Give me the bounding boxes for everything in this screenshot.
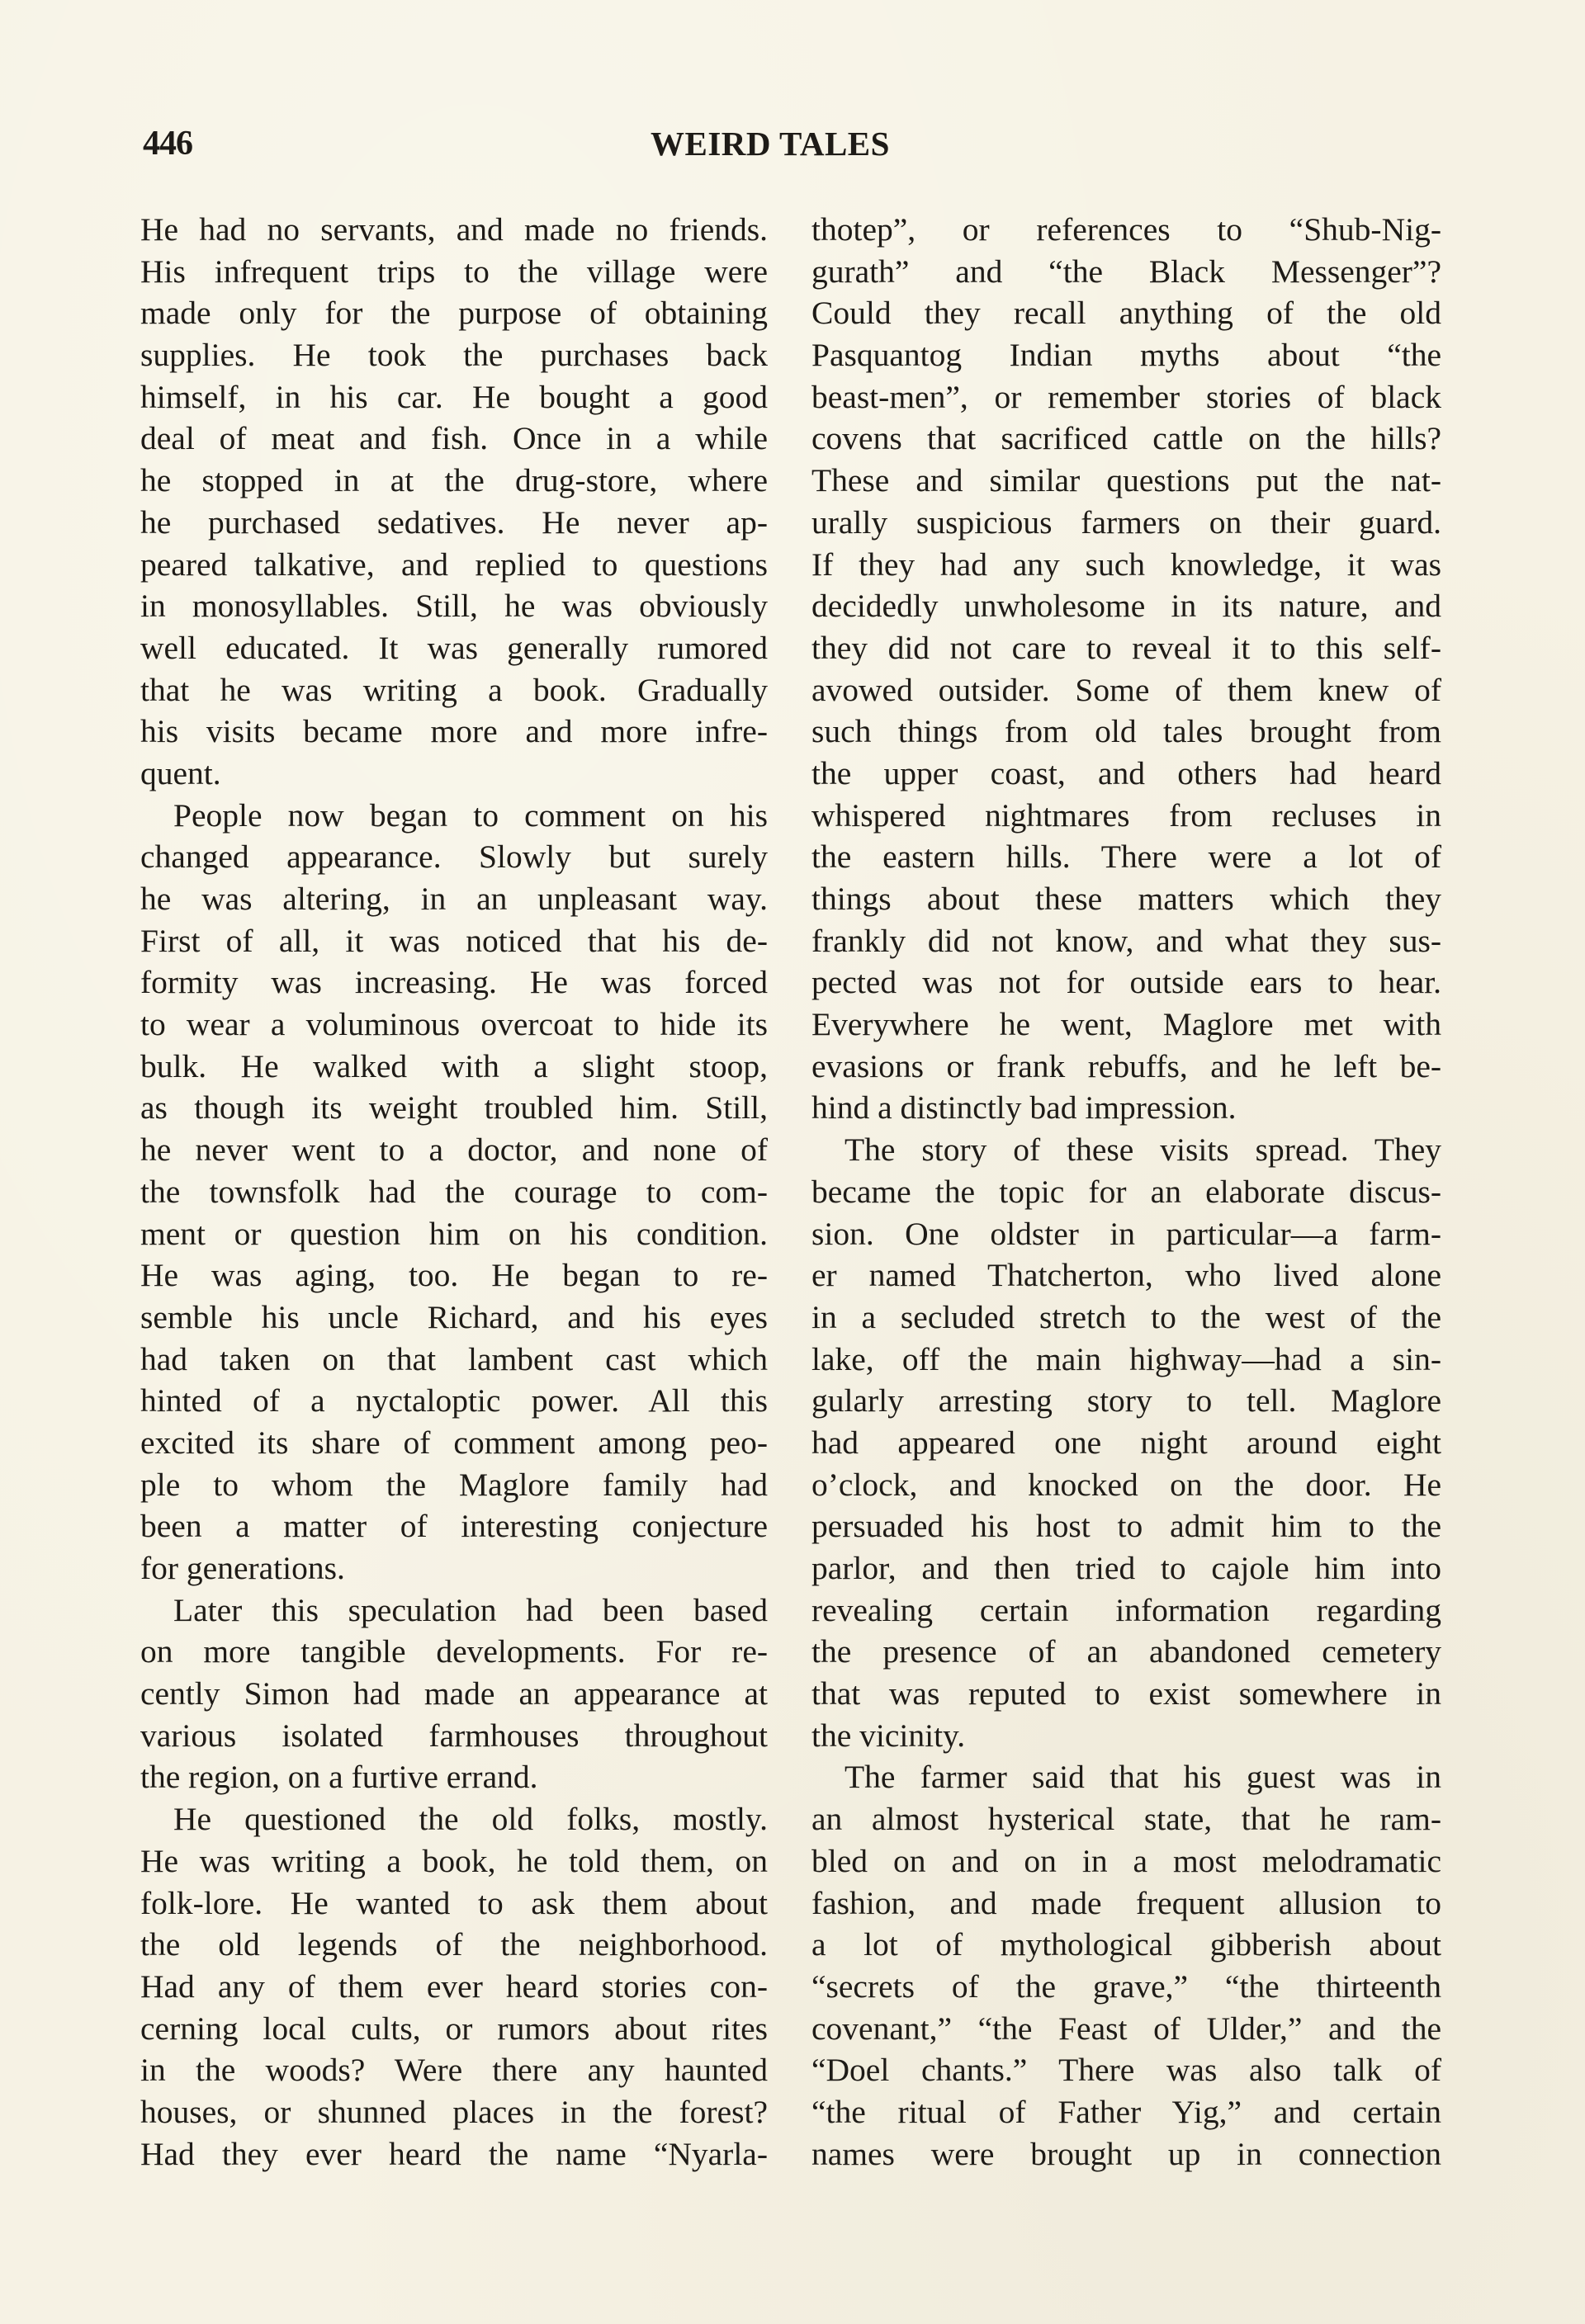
text-line: bulk. He walked with a slight stoop, <box>140 1046 768 1088</box>
text-line: beast-men”, or remember stories of black <box>811 376 1441 418</box>
text-line: He was aging, too. He began to re- <box>140 1254 768 1297</box>
text-line: If they had any such knowledge, it was <box>811 544 1441 586</box>
text-line: Later this speculation had been based <box>140 1589 768 1632</box>
text-line: lake, off the main highway—had a sin- <box>811 1339 1441 1381</box>
text-line: bled on and on in a most melodramatic <box>811 1840 1441 1882</box>
text-line: made only for the purpose of obtaining <box>140 292 768 334</box>
text-line: in a secluded stretch to the west of the <box>811 1297 1441 1339</box>
text-line: the vicinity. <box>811 1715 1441 1757</box>
text-line: cerning local cults, or rumors about rit… <box>140 2008 768 2050</box>
text-line: he stopped in at the drug-store, where <box>140 460 768 502</box>
text-line: had appeared one night around eight <box>811 1422 1441 1464</box>
text-line: peared talkative, and replied to questio… <box>140 544 768 586</box>
text-line: First of all, it was noticed that his de… <box>140 920 768 962</box>
text-line: People now began to comment on his <box>140 795 768 837</box>
text-line: names were brought up in connection <box>811 2133 1441 2175</box>
text-column-right: thotep”, or references to “Shub-Nig-gura… <box>811 209 1441 2175</box>
text-line: the townsfolk had the courage to com- <box>140 1171 768 1213</box>
text-line: ment or question him on his condition. <box>140 1213 768 1255</box>
text-line: that was reputed to exist somewhere in <box>811 1673 1441 1715</box>
text-column-left: He had no servants, and made no friends.… <box>140 209 768 2175</box>
text-line: His infrequent trips to the village were <box>140 251 768 293</box>
running-title: WEIRD TALES <box>651 124 890 163</box>
text-line: decidedly unwholesome in its nature, and <box>811 585 1441 627</box>
text-line: He had no servants, and made no friends. <box>140 209 768 251</box>
text-line: semble his uncle Richard, and his eyes <box>140 1297 768 1339</box>
text-line: sion. One oldster in particular—a farm- <box>811 1213 1441 1255</box>
text-line: hinted of a nyctaloptic power. All this <box>140 1380 768 1422</box>
text-line: pected was not for outside ears to hear. <box>811 961 1441 1004</box>
page-number: 446 <box>143 124 192 163</box>
text-line: the region, on a furtive errand. <box>140 1756 768 1798</box>
text-line: he purchased sedatives. He never ap- <box>140 502 768 544</box>
text-line: himself, in his car. He bought a good <box>140 376 768 418</box>
text-line: covens that sacrificed cattle on the hil… <box>811 418 1441 460</box>
text-line: that he was writing a book. Gradually <box>140 669 768 711</box>
text-line: thotep”, or references to “Shub-Nig- <box>811 209 1441 251</box>
text-line: whispered nightmares from recluses in <box>811 795 1441 837</box>
text-line: cently Simon had made an appearance at <box>140 1673 768 1715</box>
text-line: Pasquantog Indian myths about “the <box>811 334 1441 376</box>
text-line: The farmer said that his guest was in <box>811 1756 1441 1798</box>
text-line: The story of these visits spread. They <box>811 1129 1441 1171</box>
text-line: formity was increasing. He was forced <box>140 961 768 1004</box>
text-line: changed appearance. Slowly but surely <box>140 836 768 878</box>
text-line: “secrets of the grave,” “the thirteenth <box>811 1966 1441 2008</box>
text-line: gurath” and “the Black Messenger”? <box>811 251 1441 293</box>
text-line: he never went to a doctor, and none of <box>140 1129 768 1171</box>
text-line: He was writing a book, he told them, on <box>140 1840 768 1882</box>
text-line: things about these matters which they <box>811 878 1441 920</box>
text-line: covenant,” “the Feast of Ulder,” and the <box>811 2008 1441 2050</box>
text-line: frankly did not know, and what they sus- <box>811 920 1441 962</box>
text-line: the old legends of the neighborhood. <box>140 1924 768 1966</box>
text-line: excited its share of comment among peo- <box>140 1422 768 1464</box>
text-line: “Doel chants.” There was also talk of <box>811 2049 1441 2091</box>
text-line: hind a distinctly bad impression. <box>811 1087 1441 1129</box>
text-line: such things from old tales brought from <box>811 711 1441 753</box>
text-line: an almost hysterical state, that he ram- <box>811 1798 1441 1840</box>
text-line: fashion, and made frequent allusion to <box>811 1882 1441 1925</box>
text-line: they did not care to reveal it to this s… <box>811 627 1441 669</box>
text-line: Had any of them ever heard stories con- <box>140 1966 768 2008</box>
text-line: had taken on that lambent cast which <box>140 1339 768 1381</box>
text-line: became the topic for an elaborate discus… <box>811 1171 1441 1213</box>
text-line: er named Thatcherton, who lived alone <box>811 1254 1441 1297</box>
text-line: in the woods? Were there any haunted <box>140 2049 768 2091</box>
text-line: Could they recall anything of the old <box>811 292 1441 334</box>
text-line: He questioned the old folks, mostly. <box>140 1798 768 1840</box>
text-line: for generations. <box>140 1547 768 1589</box>
text-line: the presence of an abandoned cemetery <box>811 1631 1441 1673</box>
text-line: Everywhere he went, Maglore met with <box>811 1004 1441 1046</box>
text-line: ple to whom the Maglore family had <box>140 1464 768 1506</box>
text-line: been a matter of interesting conjecture <box>140 1505 768 1547</box>
text-line: a lot of mythological gibberish about <box>811 1924 1441 1966</box>
text-line: his visits became more and more infre- <box>140 711 768 753</box>
text-line: houses, or shunned places in the forest? <box>140 2091 768 2133</box>
text-line: deal of meat and fish. Once in a while <box>140 418 768 460</box>
text-line: gularly arresting story to tell. Maglore <box>811 1380 1441 1422</box>
text-line: the upper coast, and others had heard <box>811 753 1441 795</box>
text-line: he was altering, in an unpleasant way. <box>140 878 768 920</box>
text-line: These and similar questions put the nat- <box>811 460 1441 502</box>
text-line: urally suspicious farmers on their guard… <box>811 502 1441 544</box>
text-line: Had they ever heard the name “Nyarla- <box>140 2133 768 2175</box>
text-line: “the ritual of Father Yig,” and certain <box>811 2091 1441 2133</box>
text-line: o’clock, and knocked on the door. He <box>811 1464 1441 1506</box>
text-line: supplies. He took the purchases back <box>140 334 768 376</box>
text-line: to wear a voluminous overcoat to hide it… <box>140 1004 768 1046</box>
text-line: various isolated farmhouses throughout <box>140 1715 768 1757</box>
text-line: in monosyllables. Still, he was obviousl… <box>140 585 768 627</box>
text-line: persuaded his host to admit him to the <box>811 1505 1441 1547</box>
text-line: on more tangible developments. For re- <box>140 1631 768 1673</box>
text-line: evasions or frank rebuffs, and he left b… <box>811 1046 1441 1088</box>
text-line: folk-lore. He wanted to ask them about <box>140 1882 768 1925</box>
text-line: as though its weight troubled him. Still… <box>140 1087 768 1129</box>
text-line: revealing certain information regarding <box>811 1589 1441 1632</box>
text-line: parlor, and then tried to cajole him int… <box>811 1547 1441 1589</box>
text-line: the eastern hills. There were a lot of <box>811 836 1441 878</box>
text-line: avowed outsider. Some of them knew of <box>811 669 1441 711</box>
text-line: quent. <box>140 753 768 795</box>
text-line: well educated. It was generally rumored <box>140 627 768 669</box>
